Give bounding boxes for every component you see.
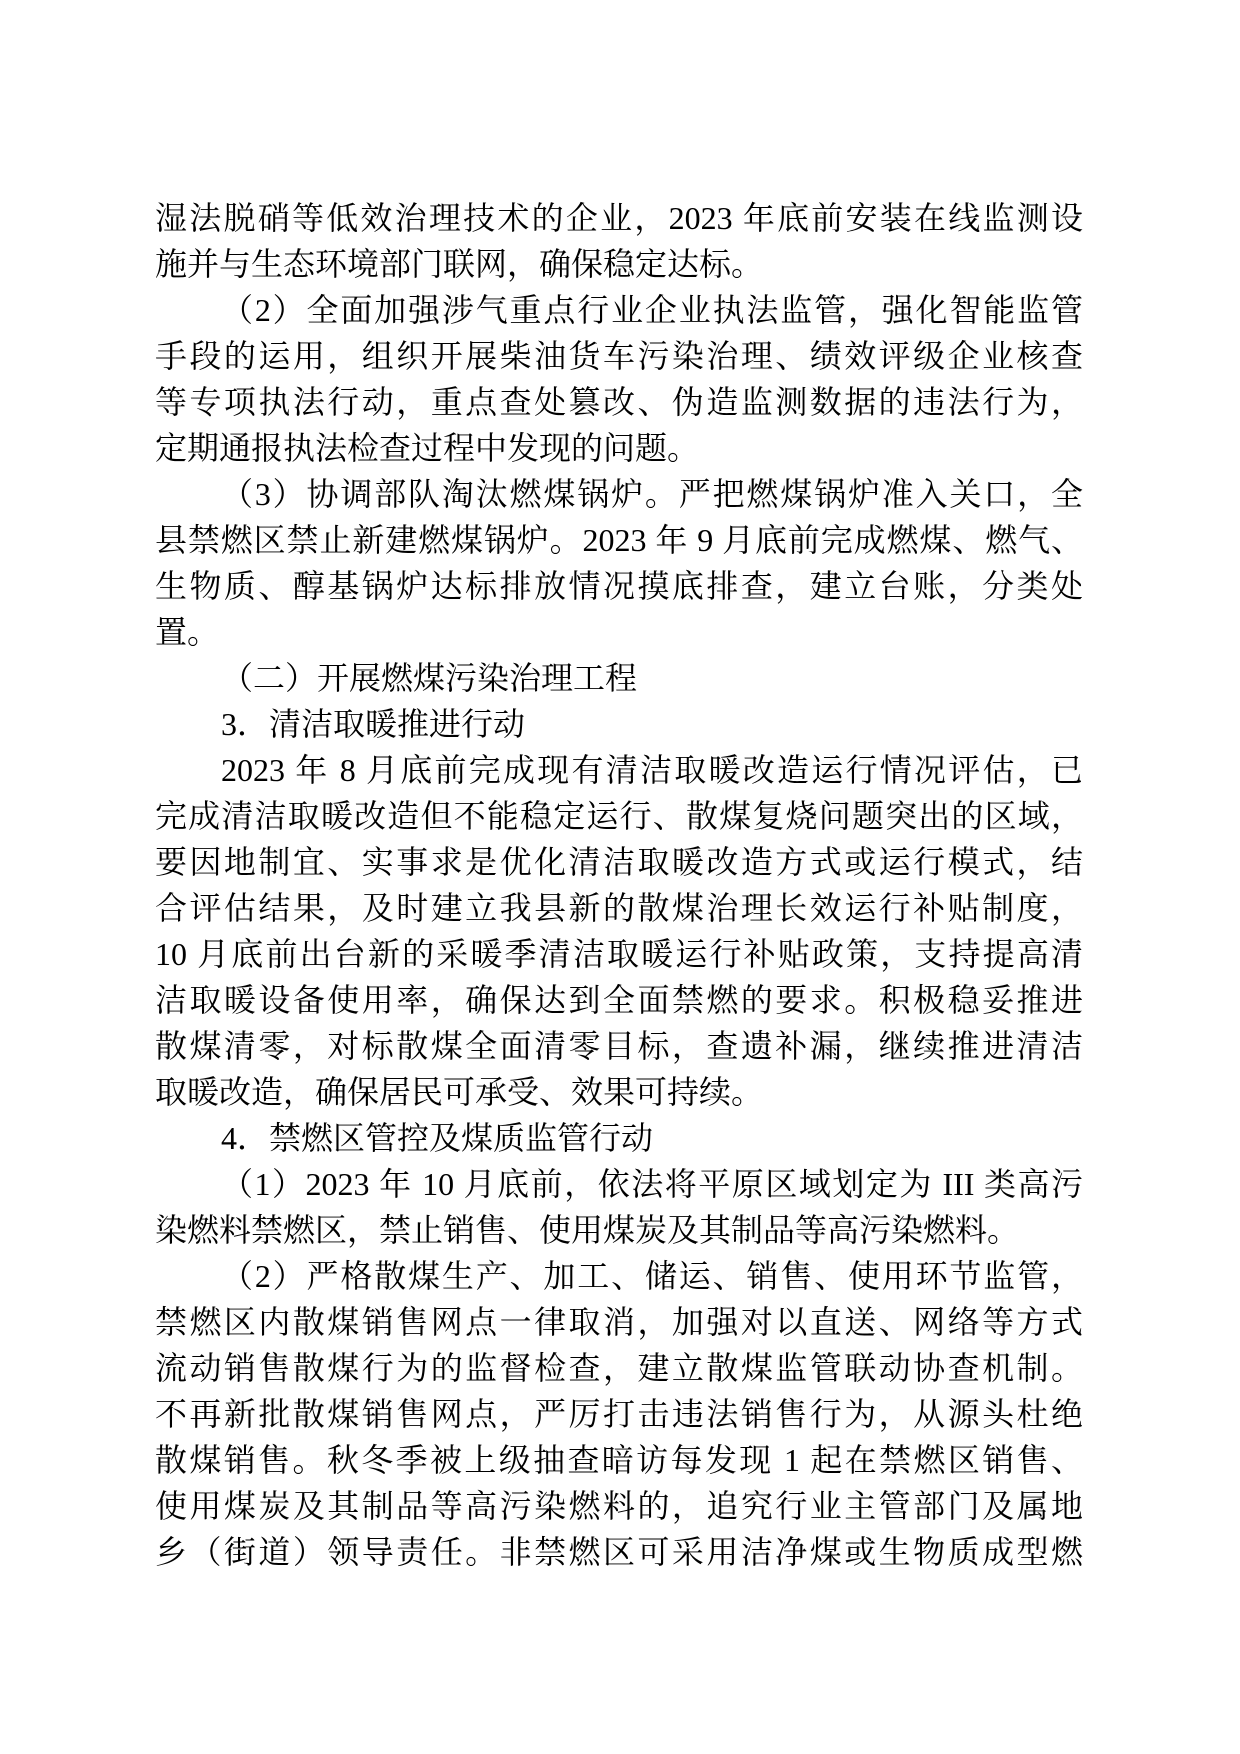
heading3: 4．禁燃区管控及煤质监管行动: [155, 1115, 1083, 1161]
text-line: 2023 年 8 月底前完成现有清洁取暖改造运行情况评估，已: [155, 747, 1083, 793]
text-line: 使用煤炭及其制品等高污染燃料的，追究行业主管部门及属地: [155, 1483, 1083, 1529]
text-line: 施并与生态环境部门联网，确保稳定达标。: [155, 241, 1083, 287]
heading2: （二）开展燃煤污染治理工程: [155, 655, 1083, 701]
text-line: （2）严格散煤生产、加工、储运、销售、使用环节监管，: [155, 1253, 1083, 1299]
paragraph: （3）协调部队淘汰燃煤锅炉。严把燃煤锅炉准入关口，全县禁燃区禁止新建燃煤锅炉。2…: [155, 471, 1083, 655]
text-line: 散煤清零，对标散煤全面清零目标，查遗补漏，继续推进清洁: [155, 1023, 1083, 1069]
text-line: （1）2023 年 10 月底前，依法将平原区域划定为 III 类高污: [155, 1161, 1083, 1207]
text-line: 10 月底前出台新的采暖季清洁取暖运行补贴政策，支持提高清: [155, 931, 1083, 977]
text-line: 手段的运用，组织开展柴油货车污染治理、绩效评级企业核查: [155, 333, 1083, 379]
paragraph: 湿法脱硝等低效治理技术的企业，2023 年底前安装在线监测设施并与生态环境部门联…: [155, 195, 1083, 287]
text-line: （二）开展燃煤污染治理工程: [155, 655, 1083, 701]
text-line: 湿法脱硝等低效治理技术的企业，2023 年底前安装在线监测设: [155, 195, 1083, 241]
text-line: 县禁燃区禁止新建燃煤锅炉。2023 年 9 月底前完成燃煤、燃气、: [155, 517, 1083, 563]
text-line: 乡（街道）领导责任。非禁燃区可采用洁净煤或生物质成型燃: [155, 1529, 1083, 1575]
text-line: 散煤销售。秋冬季被上级抽查暗访每发现 1 起在禁燃区销售、: [155, 1437, 1083, 1483]
text-line: 完成清洁取暖改造但不能稳定运行、散煤复烧问题突出的区域，: [155, 793, 1083, 839]
text-line: 禁燃区内散煤销售网点一律取消，加强对以直送、网络等方式: [155, 1299, 1083, 1345]
text-block: 湿法脱硝等低效治理技术的企业，2023 年底前安装在线监测设施并与生态环境部门联…: [155, 195, 1083, 1575]
paragraph: （2）全面加强涉气重点行业企业执法监管，强化智能监管手段的运用，组织开展柴油货车…: [155, 287, 1083, 471]
text-line: 合评估结果，及时建立我县新的散煤治理长效运行补贴制度，: [155, 885, 1083, 931]
text-line: 3．清洁取暖推进行动: [155, 701, 1083, 747]
text-line: （3）协调部队淘汰燃煤锅炉。严把燃煤锅炉准入关口，全: [155, 471, 1083, 517]
text-line: 取暖改造，确保居民可承受、效果可持续。: [155, 1069, 1083, 1115]
text-line: 染燃料禁燃区，禁止销售、使用煤炭及其制品等高污染燃料。: [155, 1207, 1083, 1253]
text-line: 4．禁燃区管控及煤质监管行动: [155, 1115, 1083, 1161]
text-line: 要因地制宜、实事求是优化清洁取暖改造方式或运行模式，结: [155, 839, 1083, 885]
document-page: 湿法脱硝等低效治理技术的企业，2023 年底前安装在线监测设施并与生态环境部门联…: [0, 0, 1240, 1754]
text-line: 等专项执法行动，重点查处篡改、伪造监测数据的违法行为，: [155, 379, 1083, 425]
paragraph: 2023 年 8 月底前完成现有清洁取暖改造运行情况评估，已完成清洁取暖改造但不…: [155, 747, 1083, 1115]
text-line: 定期通报执法检查过程中发现的问题。: [155, 425, 1083, 471]
paragraph: （2）严格散煤生产、加工、储运、销售、使用环节监管，禁燃区内散煤销售网点一律取消…: [155, 1253, 1083, 1575]
text-line: 流动销售散煤行为的监督检查，建立散煤监管联动协查机制。: [155, 1345, 1083, 1391]
text-line: 生物质、醇基锅炉达标排放情况摸底排查，建立台账，分类处: [155, 563, 1083, 609]
text-line: 洁取暖设备使用率，确保达到全面禁燃的要求。积极稳妥推进: [155, 977, 1083, 1023]
heading3: 3．清洁取暖推进行动: [155, 701, 1083, 747]
paragraph: （1）2023 年 10 月底前，依法将平原区域划定为 III 类高污染燃料禁燃…: [155, 1161, 1083, 1253]
text-line: （2）全面加强涉气重点行业企业执法监管，强化智能监管: [155, 287, 1083, 333]
text-line: 不再新批散煤销售网点，严厉打击违法销售行为，从源头杜绝: [155, 1391, 1083, 1437]
text-line: 置。: [155, 609, 1083, 655]
